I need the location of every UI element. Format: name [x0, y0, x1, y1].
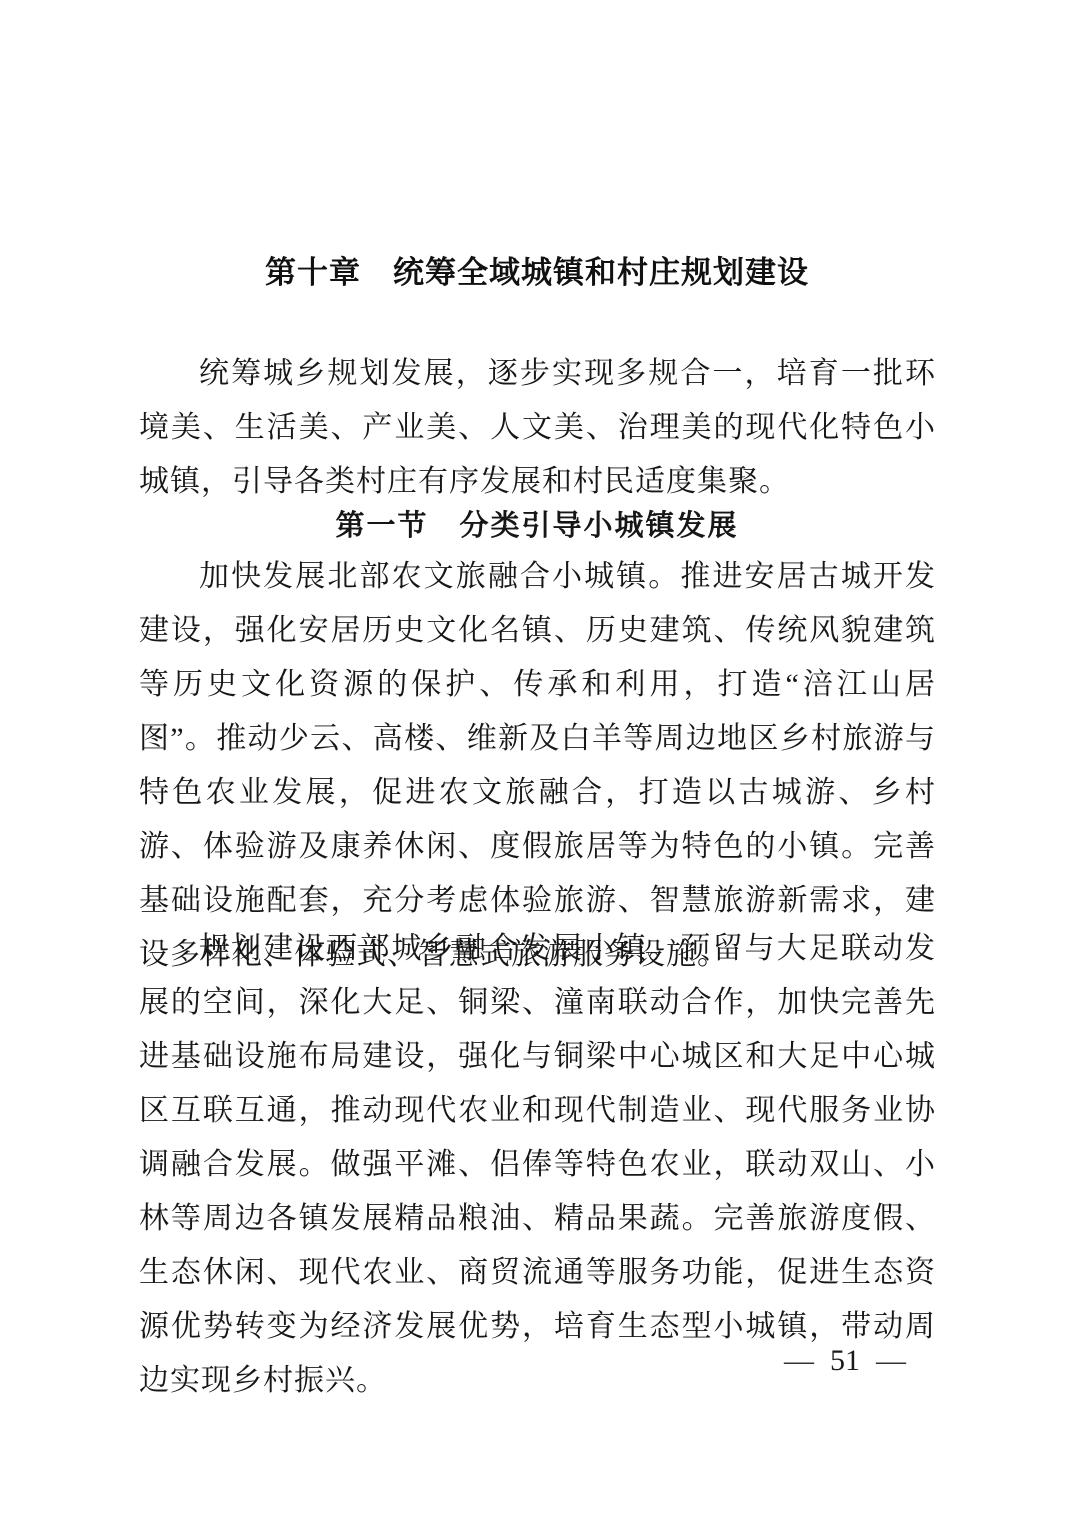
chapter-title: 第十章 统筹全域城镇和村庄规划建设 [139, 247, 935, 292]
document-page: 第十章 统筹全域城镇和村庄规划建设 统筹城乡规划发展，逐步实现多规合一，培育一批… [0, 0, 1074, 1520]
page-number-right-dash: — [876, 1344, 906, 1378]
body-paragraph-west-towns: 规划建设西部城乡融合发展小镇。预留与大足联动发展的空间，深化大足、铜梁、潼南联动… [139, 922, 936, 1408]
page-number: — 51 — [784, 1344, 906, 1378]
page-number-value: 51 [830, 1344, 860, 1378]
page-number-left-dash: — [784, 1344, 814, 1378]
section-title: 第一节 分类引导小城镇发展 [139, 503, 935, 544]
intro-paragraph: 统筹城乡规划发展，逐步实现多规合一，培育一批环境美、生活美、产业美、人文美、治理… [139, 347, 936, 509]
body-paragraph-north-towns: 加快发展北部农文旅融合小城镇。推进安居古城开发建设，强化安居历史文化名镇、历史建… [139, 550, 936, 982]
